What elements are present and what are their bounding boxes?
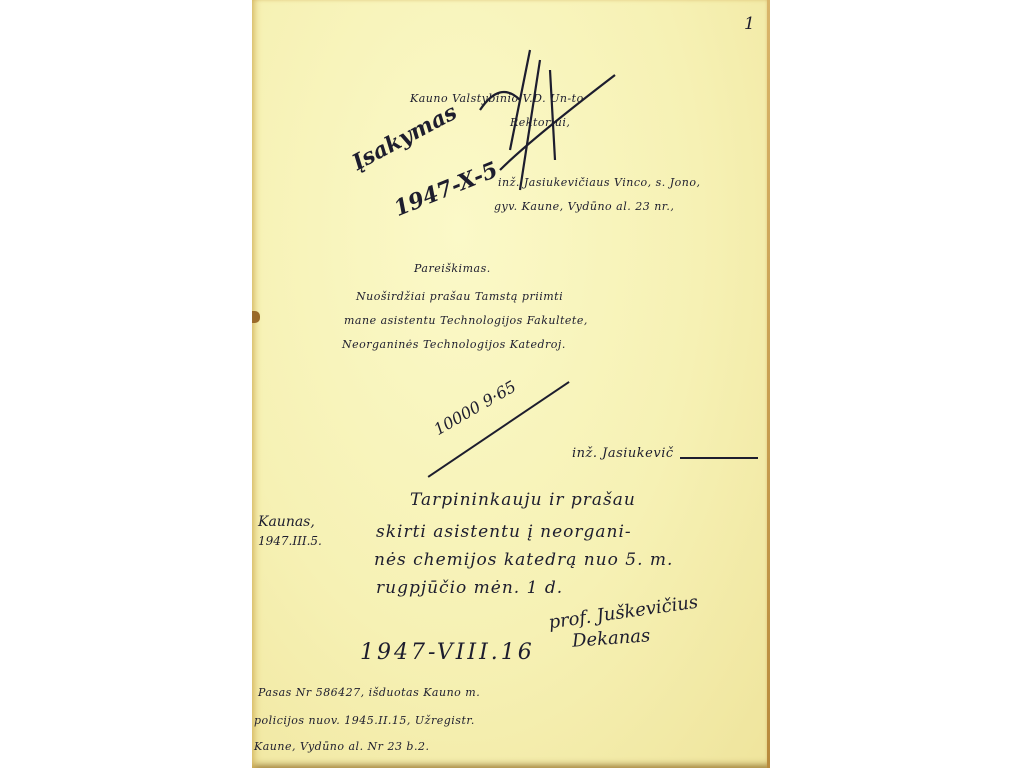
body-line-1: Nuoširdžiai prašau Tamstą priimti bbox=[356, 290, 563, 303]
dean-resolution-line-4: rugpjūčio mėn. 1 d. bbox=[376, 578, 563, 598]
sender-line-2: gyv. Kaune, Vydūno al. 23 nr., bbox=[494, 200, 674, 213]
place-city: Kaunas, bbox=[258, 514, 315, 530]
body-line-2: mane asistentu Technologijos Fakultete, bbox=[344, 314, 588, 327]
punch-hole bbox=[252, 311, 260, 323]
passport-line-3: Kaune, Vydūno al. Nr 23 b.2. bbox=[254, 740, 429, 753]
sender-line-1: inž. Jasiukevičiaus Vinco, s. Jono, bbox=[498, 176, 700, 189]
passport-line-1: Pasas Nr 586427, išduotas Kauno m. bbox=[258, 686, 480, 699]
dean-resolution-line-2: skirti asistentu į neorgani- bbox=[376, 522, 632, 542]
applicant-signature: inž. Jasiukevič bbox=[572, 446, 674, 461]
document-title: Pareiškimas. bbox=[414, 262, 491, 275]
dean-resolution-line-3: nės chemijos katedrą nuo 5. m. bbox=[374, 550, 673, 570]
dean-resolution-line-1: Tarpininkauju ir prašau bbox=[410, 490, 636, 510]
signature-tail bbox=[680, 457, 758, 459]
passport-line-2: policijos nuov. 1945.II.15, Užregistr. bbox=[254, 714, 475, 727]
page-number: 1 bbox=[744, 14, 756, 34]
body-line-3: Neorganinės Technologijos Katedroj. bbox=[342, 338, 566, 351]
place-date: 1947.III.5. bbox=[258, 534, 322, 548]
resolution-date: 1947-VIII.16 bbox=[360, 640, 535, 665]
